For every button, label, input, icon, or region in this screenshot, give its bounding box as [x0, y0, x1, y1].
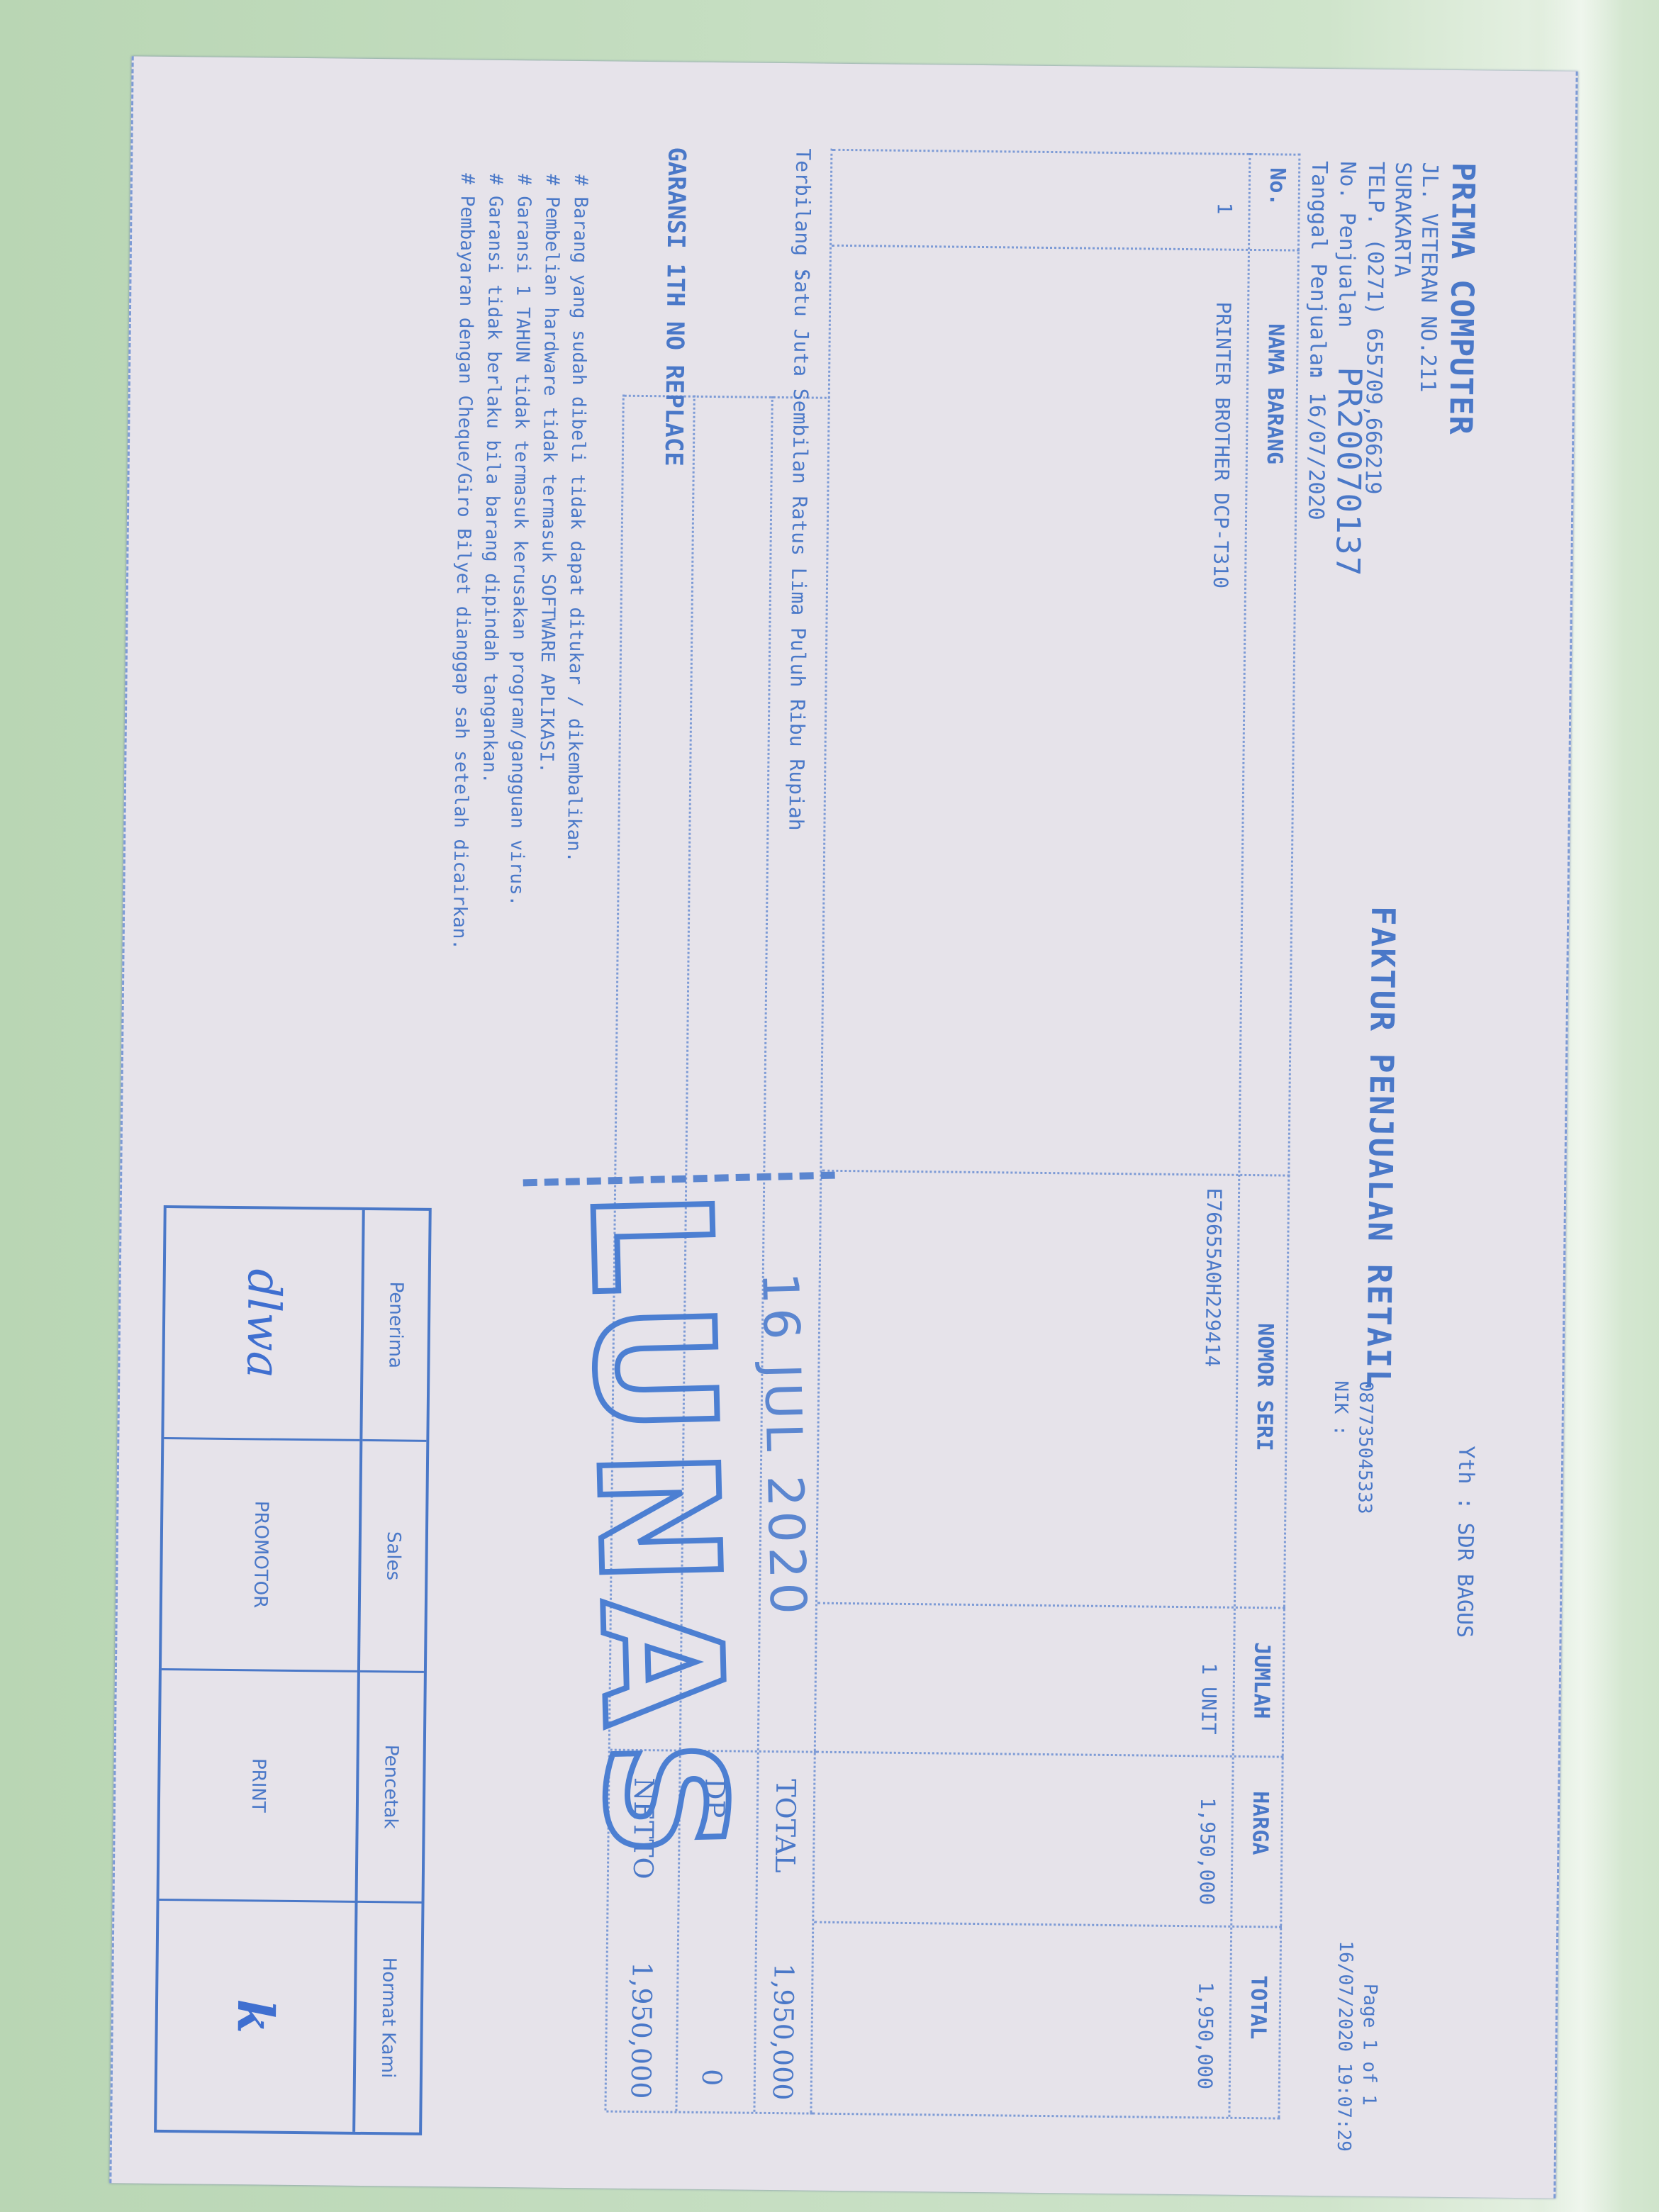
summary-right-border [606, 2111, 812, 2115]
row-total: 1,950,000 [1193, 1982, 1218, 2089]
col-divider [814, 1921, 1282, 1928]
handwritten-initial: k [226, 1999, 286, 2033]
page-info: Page 1 of 1 [1358, 1984, 1381, 2106]
sales-name: PROMOTOR [162, 1439, 359, 1672]
customer-nik: NIK : [1329, 1380, 1351, 1436]
invoice-no-label: No. Penjualan [1334, 161, 1360, 328]
sales-invoice: PRIMA COMPUTER JL. VETERAN NO.211 SURAKA… [109, 56, 1577, 2198]
signature-box: Penerima Sales Pencetak Hormat Kami dlwa… [154, 1205, 432, 2135]
sig-header-printer: Pencetak [358, 1672, 424, 1904]
col-divider [816, 1751, 1284, 1758]
sig-header-regards: Hormat Kami [355, 1903, 421, 2133]
col-header-no: No. [1265, 167, 1290, 206]
col-divider [822, 1170, 1290, 1177]
note-item: # Garansi 1 TAHUN tidak termasuk kerusak… [505, 174, 535, 906]
document-title: FAKTUR PENJUALAN RETAIL [1359, 906, 1402, 1391]
dp-value: 0 [696, 2069, 727, 2087]
col-header-total: TOTAL [1246, 1975, 1271, 2040]
col-header-serial: NOMOR SERI [1251, 1323, 1278, 1451]
row-item-name: PRINTER BROTHER DCP-T310 [1209, 301, 1235, 588]
terbilang-text: Satu Juta Sembilan Ratus Lima Puluh Ribu… [784, 269, 813, 831]
warranty-text: GARANSI 1TH NO REPLACE [659, 147, 691, 467]
invoice-date: : 16/07/2020 [1303, 367, 1329, 520]
company-name: PRIMA COMPUTER [1442, 162, 1481, 435]
terbilang-label: Terbilang : [791, 148, 815, 280]
col-header-price: HARGA [1247, 1791, 1273, 1855]
col-divider [817, 1602, 1285, 1609]
company-address: JL. VETERAN NO.211 [1415, 162, 1442, 392]
printer-name: PRINT [160, 1670, 357, 1903]
row-serial: E76655A0H229414 [1200, 1188, 1226, 1367]
receiver-signature: dlwa [164, 1208, 362, 1441]
company-signature: k [157, 1901, 354, 2132]
sig-header-sales: Sales [360, 1441, 426, 1673]
total-value: 1,950,000 [767, 1963, 800, 2101]
total-label: TOTAL [769, 1779, 801, 1873]
col-divider [832, 245, 1300, 252]
stamp-date: 16 JUL 2020 [751, 1272, 817, 1619]
company-city: SURAKARTA [1390, 162, 1416, 277]
printed-timestamp: 16/07/2020 19:07:29 [1333, 1940, 1356, 2152]
recipient-name: Yth : SDR BAGUS [1452, 1446, 1479, 1638]
table-left-border [832, 149, 1300, 156]
note-item: # Barang yang sudah dibeli tidak dapat d… [563, 174, 591, 863]
invoice-number: PR20070137 [1329, 367, 1369, 578]
col-header-qty: JUMLAH [1249, 1642, 1274, 1719]
table-bottom-border [810, 149, 832, 2113]
note-item: # Pembayaran dengan Cheque/Giro Bilyet d… [449, 173, 478, 950]
paid-stamp: 16 JUL 2020 LUNAS [515, 1164, 861, 1661]
handwritten-signature: dlwa [236, 1268, 290, 1378]
table-right-border [812, 2113, 1280, 2120]
netto-value: 1,950,000 [625, 1962, 658, 2099]
sig-header-receiver: Penerima [362, 1210, 428, 1442]
row-qty: 1 UNIT [1197, 1663, 1221, 1734]
note-item: # Pembelian hardware tidak termasuk SOFT… [535, 174, 563, 773]
row-price: 1,950,000 [1195, 1797, 1220, 1905]
note-item: # Garansi tidak berlaku bila barang dipi… [479, 174, 506, 784]
customer-phone: 087735045333 [1353, 1381, 1376, 1514]
stamp-text: LUNAS [554, 1188, 759, 1875]
col-header-item: NAMA BARANG [1262, 323, 1288, 464]
row-no: 1 [1213, 202, 1236, 214]
date-label: Tanggal Penjualan [1305, 161, 1331, 379]
